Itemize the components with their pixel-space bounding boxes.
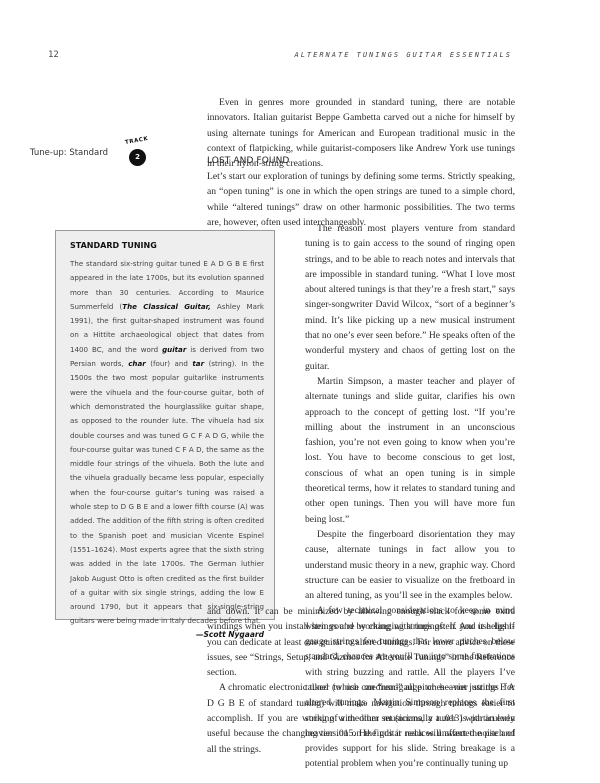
sidebar-body: The standard six-string guitar tuned E A… (70, 257, 264, 629)
body-paragraph: Martin Simpson, a master teacher and pla… (305, 374, 515, 527)
sidebar-book-title: The Classical Guitar, (122, 302, 211, 311)
running-head: ALTERNATE TUNINGS GUITAR ESSENTIALS (294, 51, 512, 59)
track-number-badge[interactable]: 2 (129, 149, 146, 166)
sidebar-title: STANDARD TUNING (70, 241, 264, 250)
sidebar-term-tar: tar (192, 359, 204, 368)
sidebar-term-guitar: guitar (162, 345, 186, 354)
continued-paragraph: and down. It can be minimized by allowin… (207, 604, 515, 680)
body-paragraph: The reason most players venture from sta… (305, 221, 515, 374)
body-paragraph: A chromatic electronic tuner (which can … (207, 680, 515, 756)
tune-up-label: Tune-up: Standard (30, 148, 108, 158)
body-paragraph: Despite the fingerboard disorientation t… (305, 527, 515, 603)
full-width-column: and down. It can be minimized by allowin… (207, 604, 515, 757)
sidebar-text: (four) and (146, 359, 193, 368)
sidebar-term-char: char (128, 359, 146, 368)
track-label: TRACK (125, 136, 149, 146)
page-number: 12 (48, 50, 59, 60)
standard-tuning-sidebar: STANDARD TUNING The standard six-string … (55, 230, 275, 620)
section-heading: LOST AND FOUND (207, 156, 289, 166)
sidebar-text: (string). In the 1500s the two most popu… (70, 359, 264, 625)
